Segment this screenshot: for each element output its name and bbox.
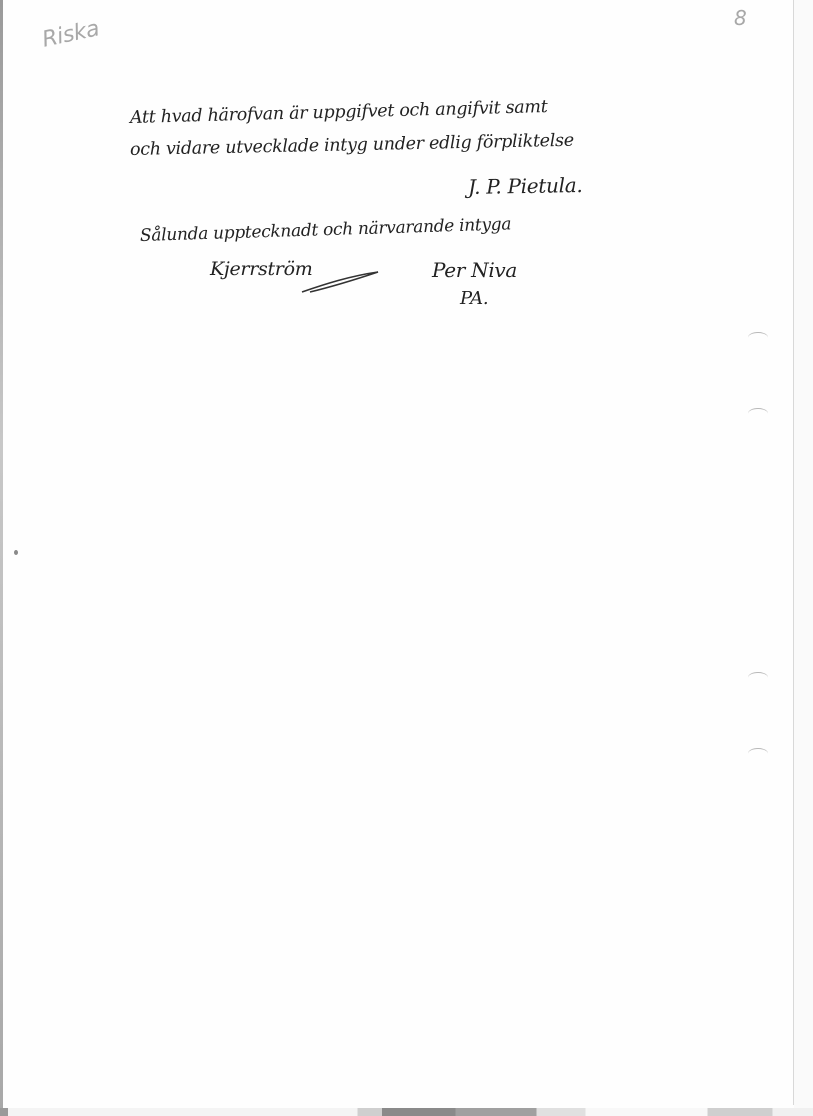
signature-flourish: [300, 270, 380, 294]
witness-signature-2: Per Niva: [432, 258, 517, 282]
witness-signature-2-initials: PA.: [460, 288, 488, 309]
binder-hole-mark: [748, 332, 768, 343]
page-number: 8: [734, 6, 746, 30]
binder-hole-mark: [748, 748, 768, 759]
scan-right-margin: [794, 0, 813, 1116]
signature-pietula: J. P. Pietula.: [468, 173, 583, 199]
scan-speck: [14, 550, 18, 555]
body-line-2: och vidare utvecklade intyg under edlig …: [130, 131, 574, 160]
scan-bottom-edge: [0, 1108, 813, 1116]
margin-note: Riska: [40, 16, 102, 52]
attestation-line: Sålunda upptecknadt och närvarande intyg…: [140, 214, 512, 246]
body-line-1: Att hvad härofvan är uppgifvet och angif…: [130, 97, 548, 128]
witness-signature-1: Kjerrström: [210, 258, 312, 280]
binder-hole-mark: [748, 408, 768, 419]
binder-hole-mark: [748, 672, 768, 683]
document-page: Riska 8 Att hvad härofvan är uppgifvet o…: [0, 0, 813, 1116]
scan-left-edge: [0, 0, 3, 1116]
